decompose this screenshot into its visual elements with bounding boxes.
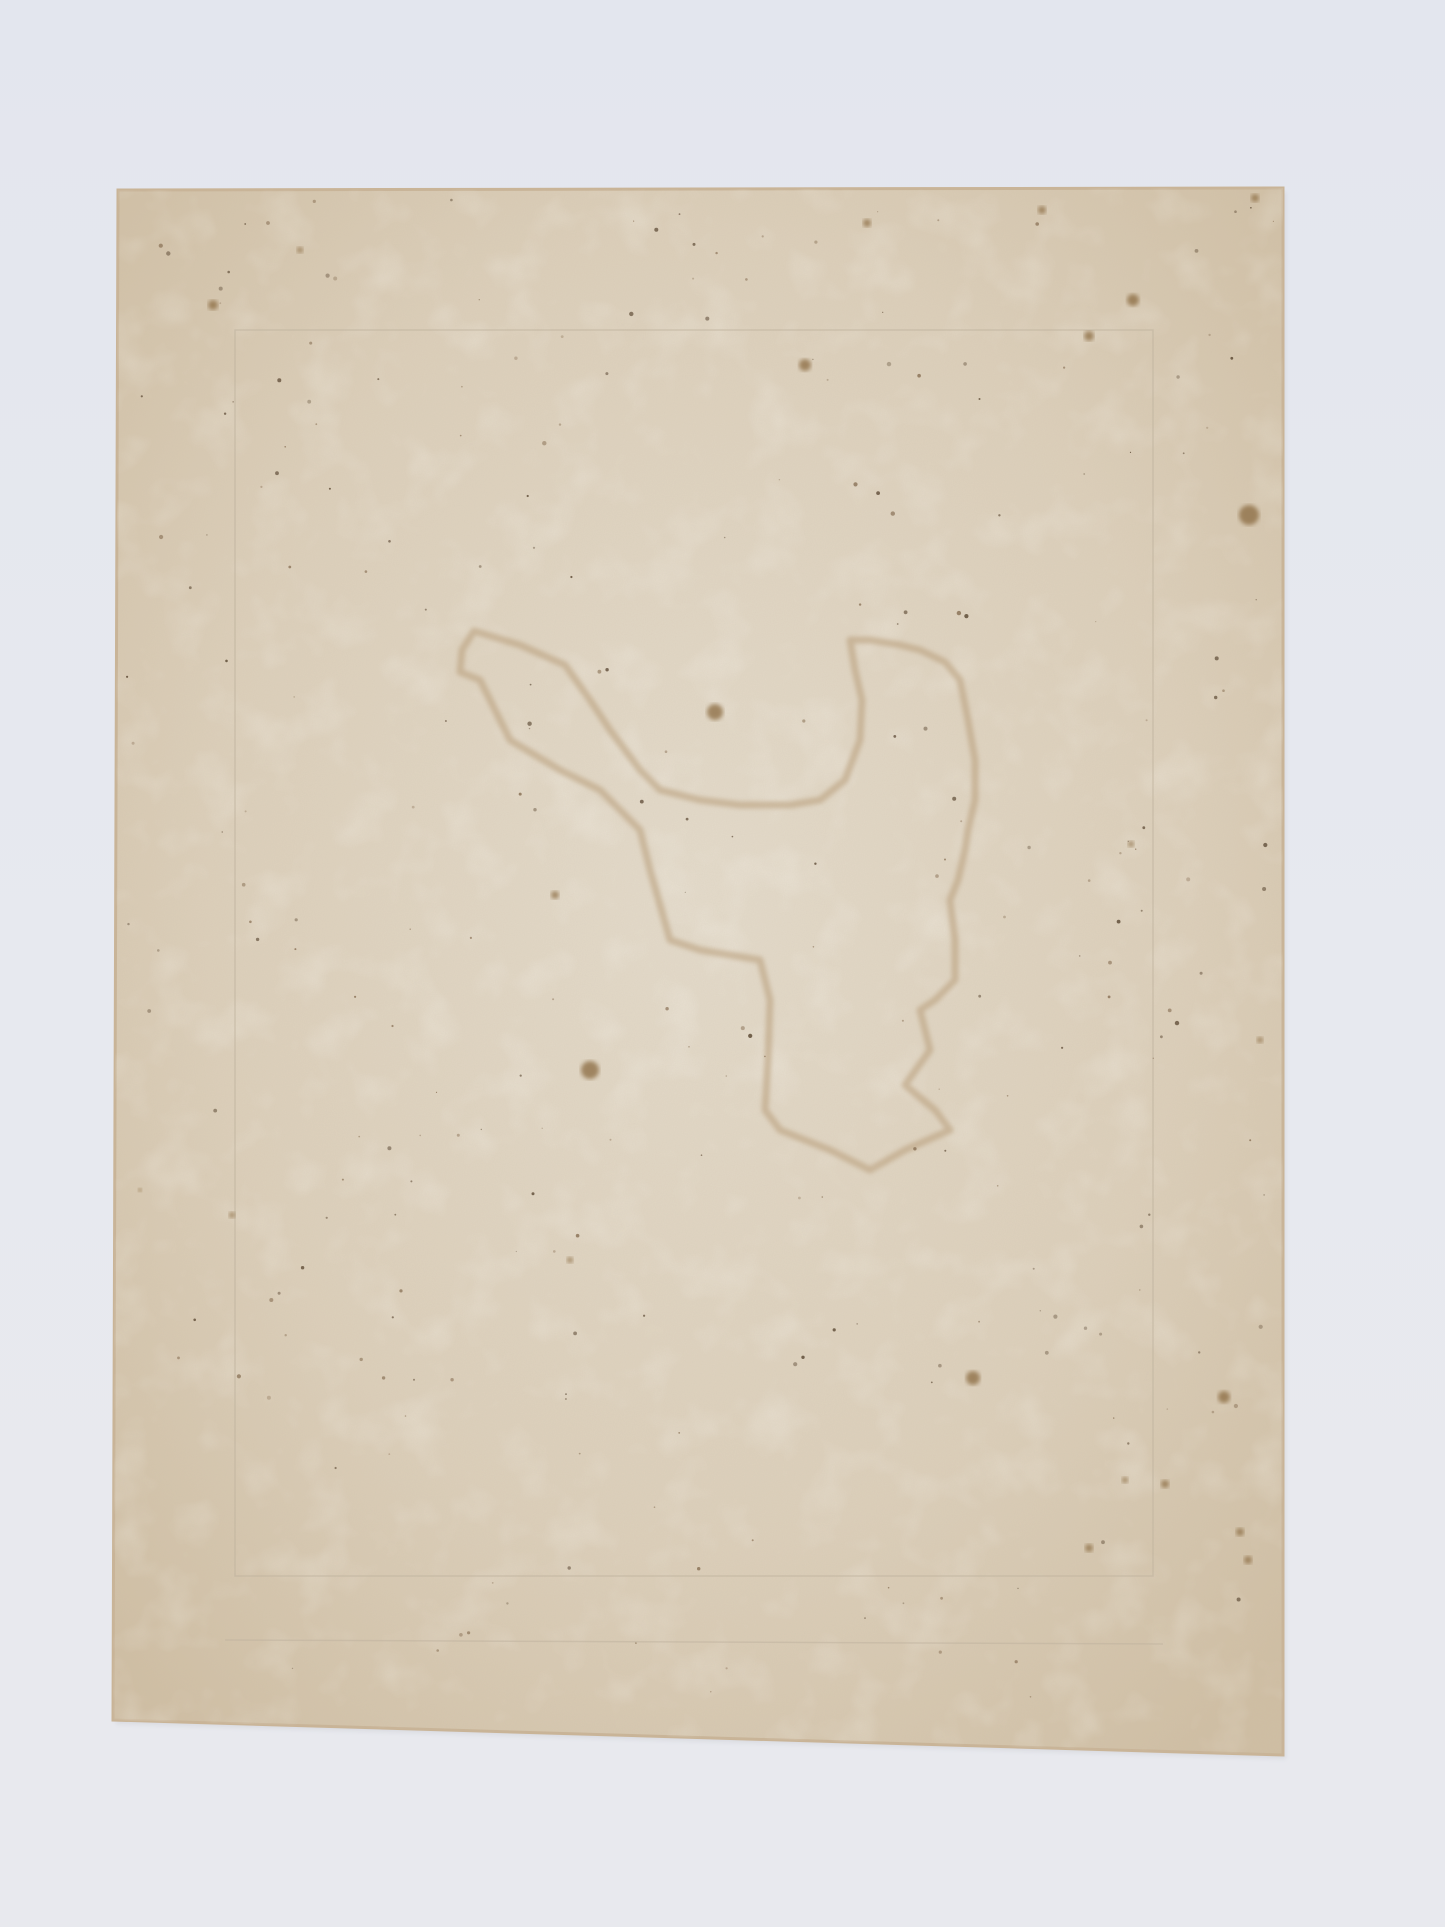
speck <box>329 488 331 490</box>
speck <box>565 1398 567 1400</box>
speck <box>998 514 1000 516</box>
speck <box>654 228 658 232</box>
speck <box>1084 1327 1087 1330</box>
speck <box>1127 1442 1129 1444</box>
speck <box>1003 916 1006 919</box>
speck <box>635 1642 637 1644</box>
foxing-spot <box>966 1371 980 1385</box>
speck <box>764 1056 766 1058</box>
speck <box>559 423 561 425</box>
speck <box>1230 357 1233 360</box>
speck <box>939 1089 940 1090</box>
speck <box>126 676 128 678</box>
speck <box>598 670 602 674</box>
speck <box>527 495 529 497</box>
speck <box>278 1292 281 1295</box>
speck <box>1053 1315 1057 1319</box>
speck <box>710 1691 711 1692</box>
speck <box>479 299 480 300</box>
speck <box>686 818 689 821</box>
foxing-spot <box>1257 1037 1263 1043</box>
speck <box>944 1150 946 1152</box>
speck <box>293 696 295 698</box>
paper-grain <box>113 188 1283 1755</box>
speck <box>387 1146 391 1150</box>
speck <box>568 1566 571 1569</box>
speck <box>269 1298 273 1302</box>
speck <box>1263 1194 1265 1196</box>
speck <box>1007 1095 1009 1097</box>
speck <box>978 1321 980 1323</box>
foxing-spot <box>1038 206 1046 214</box>
speck <box>1095 621 1096 622</box>
speck <box>931 1382 933 1384</box>
foxing-spot <box>1085 1544 1093 1552</box>
speck <box>242 883 246 887</box>
speck <box>492 1582 494 1584</box>
speck <box>256 938 259 941</box>
speck <box>1061 1047 1063 1049</box>
speck <box>1119 852 1121 854</box>
speck <box>450 1378 453 1381</box>
speck <box>1249 1139 1251 1141</box>
speck <box>354 996 356 998</box>
speck <box>633 221 634 222</box>
foxing-spot <box>1251 194 1259 202</box>
speck <box>1222 689 1225 692</box>
speck <box>724 537 726 539</box>
speck <box>157 949 160 952</box>
speck <box>1040 1310 1041 1311</box>
speck <box>561 335 564 338</box>
speck <box>812 359 813 360</box>
paper-sheet <box>113 188 1286 1759</box>
speck <box>827 379 829 381</box>
speck <box>267 1396 271 1400</box>
speck <box>225 660 228 663</box>
speck <box>445 720 447 722</box>
speck <box>1030 1696 1032 1698</box>
speck <box>1099 1333 1102 1336</box>
speck <box>127 923 129 925</box>
speck <box>1113 1417 1114 1418</box>
speck <box>853 482 857 486</box>
foxing-spot <box>1218 1391 1230 1403</box>
foxing-spot <box>1127 294 1139 306</box>
speck <box>388 540 391 543</box>
speck <box>701 1154 703 1156</box>
speck <box>726 1667 728 1669</box>
speck <box>284 446 286 448</box>
speck <box>1160 1035 1163 1038</box>
speck <box>219 302 221 304</box>
speck <box>1128 841 1129 842</box>
speck <box>822 1196 824 1198</box>
speck <box>542 441 546 445</box>
speck <box>159 535 163 539</box>
speck <box>876 491 880 495</box>
speck <box>952 797 956 801</box>
speck <box>358 1136 360 1138</box>
speck <box>1135 849 1136 850</box>
speck <box>1215 656 1219 660</box>
speck <box>419 1135 421 1137</box>
speck <box>1088 879 1091 882</box>
speck <box>685 892 686 893</box>
speck <box>481 1129 482 1130</box>
speck <box>1183 452 1185 454</box>
speck <box>450 199 453 202</box>
speck <box>801 1356 804 1359</box>
speck <box>412 806 415 809</box>
speck <box>1153 1058 1154 1059</box>
speck <box>392 1316 394 1318</box>
speck <box>678 1432 680 1434</box>
speck <box>882 312 883 313</box>
speck <box>266 221 270 225</box>
speck <box>924 727 928 731</box>
speck <box>748 1034 752 1038</box>
speck <box>529 728 530 729</box>
speck <box>315 423 317 425</box>
foxing-spot <box>581 1061 599 1079</box>
speck <box>413 1379 415 1381</box>
speck <box>307 400 311 404</box>
speck <box>342 1179 344 1181</box>
speck <box>301 1266 304 1269</box>
speck <box>227 271 230 274</box>
speck <box>260 486 262 488</box>
speck <box>1140 1225 1144 1229</box>
speck <box>605 372 608 375</box>
speck <box>1139 1289 1140 1290</box>
speck <box>798 1197 801 1200</box>
speck <box>527 722 531 726</box>
speck <box>1175 1021 1179 1025</box>
speck <box>1250 207 1252 209</box>
speck <box>1195 249 1199 253</box>
speck <box>893 735 896 738</box>
speck <box>399 1289 402 1292</box>
speck <box>219 287 223 291</box>
speck <box>793 1362 797 1366</box>
speck <box>436 1092 437 1093</box>
speck <box>533 808 536 811</box>
speck <box>553 1250 556 1253</box>
speck <box>887 362 891 366</box>
speck <box>913 1147 916 1150</box>
speck <box>1167 1408 1168 1409</box>
speck <box>1017 1588 1018 1589</box>
speck <box>377 378 379 380</box>
speck <box>963 362 967 366</box>
speck <box>902 1020 904 1022</box>
speck <box>1063 367 1065 369</box>
speck <box>1146 719 1148 721</box>
speck <box>436 1649 439 1652</box>
speck <box>1234 1404 1238 1408</box>
speck <box>688 1046 690 1048</box>
speck <box>741 1026 745 1030</box>
speck <box>410 1180 412 1182</box>
speck <box>1130 452 1131 453</box>
speck <box>1176 375 1179 378</box>
foxing-spot <box>1239 505 1259 525</box>
speck <box>177 1357 180 1360</box>
speck <box>859 603 861 605</box>
speck <box>665 750 668 753</box>
speck <box>732 836 734 838</box>
speck <box>1212 1411 1215 1414</box>
speck <box>1168 1009 1172 1013</box>
speck <box>1198 1351 1200 1353</box>
speck <box>1262 887 1266 891</box>
speck <box>957 611 961 615</box>
speck <box>249 921 252 924</box>
speck <box>189 586 192 589</box>
speck <box>213 1109 217 1113</box>
speck <box>904 610 908 614</box>
speck <box>1259 1325 1263 1329</box>
speck <box>693 243 696 246</box>
speck <box>309 342 312 345</box>
speck <box>1027 846 1030 849</box>
speck <box>405 1415 407 1417</box>
speck <box>394 1214 396 1216</box>
speck <box>552 998 554 1000</box>
speck <box>1033 1268 1035 1270</box>
speck <box>233 401 234 402</box>
foxing-spot <box>1244 1556 1252 1564</box>
foxing-spot <box>208 300 218 310</box>
speck <box>1045 1351 1049 1355</box>
speck <box>193 1319 196 1322</box>
speck <box>565 1393 567 1395</box>
speck <box>640 800 644 804</box>
speck <box>479 565 482 568</box>
speck <box>897 623 899 625</box>
speck <box>514 357 517 360</box>
speck <box>1256 599 1257 600</box>
speck <box>147 1009 151 1013</box>
speck <box>997 1185 999 1187</box>
speck <box>978 995 981 998</box>
speck <box>1101 1540 1105 1544</box>
speck <box>1237 1598 1241 1602</box>
speck <box>132 742 135 745</box>
speck <box>960 820 962 822</box>
speck <box>388 1453 390 1455</box>
speck <box>326 1217 328 1219</box>
speck <box>1015 1660 1018 1663</box>
speck <box>726 1075 728 1077</box>
foxing-spot <box>863 219 871 227</box>
speck <box>275 471 279 475</box>
speck <box>1141 910 1143 912</box>
speck <box>166 251 170 255</box>
speck <box>461 386 463 388</box>
foxing-spot <box>1084 331 1094 341</box>
speck <box>814 863 816 865</box>
foxing-spot <box>229 1212 235 1218</box>
speck <box>814 241 817 244</box>
speck <box>939 1651 942 1654</box>
speck <box>1206 427 1208 429</box>
foxing-spot <box>799 359 811 371</box>
speck <box>542 1128 543 1129</box>
speck <box>944 859 946 861</box>
speck <box>533 547 535 549</box>
speck <box>365 570 368 573</box>
speck <box>520 1075 522 1077</box>
speck <box>629 312 633 316</box>
speck <box>779 479 780 480</box>
speck <box>391 1025 393 1027</box>
speck <box>964 614 968 618</box>
speck <box>938 1364 942 1368</box>
speck <box>1273 221 1274 222</box>
paper-sheet-illustration <box>0 0 1445 1927</box>
speck <box>335 1467 337 1469</box>
speck <box>1108 961 1112 965</box>
foxing-spot <box>1122 1477 1128 1483</box>
speck <box>1234 210 1237 213</box>
foxing-spot <box>567 1257 573 1263</box>
speck <box>833 1328 836 1331</box>
foxing-spot <box>297 247 303 253</box>
speck <box>935 874 939 878</box>
speck <box>460 435 462 437</box>
speck <box>288 566 291 569</box>
speck <box>692 278 694 280</box>
speck <box>745 278 748 281</box>
speck <box>237 1374 241 1378</box>
speck <box>1214 696 1217 699</box>
speck <box>141 395 143 397</box>
speck <box>294 948 296 950</box>
speck <box>979 398 981 400</box>
speck <box>762 235 764 237</box>
speck <box>679 213 681 215</box>
speck <box>506 1602 508 1604</box>
speck <box>573 1332 577 1336</box>
speck <box>813 946 815 948</box>
foxing-spot <box>138 1188 142 1192</box>
speck <box>222 831 223 832</box>
speck <box>1117 920 1121 924</box>
speck <box>579 1453 581 1455</box>
speck <box>715 252 717 254</box>
speck <box>1142 826 1145 829</box>
speck <box>576 1234 580 1238</box>
speck <box>605 668 608 671</box>
speck <box>519 793 522 796</box>
speck <box>457 1134 460 1137</box>
speck <box>752 1539 754 1541</box>
speck <box>470 937 472 939</box>
speck <box>224 413 226 415</box>
photo-scene: Verso of an antique paper sheet with fox… <box>0 0 1445 1927</box>
speck <box>856 1323 858 1325</box>
speck <box>530 684 532 686</box>
foxing-spot <box>1128 841 1134 847</box>
speck <box>697 1567 700 1570</box>
foxing-spot <box>1161 1480 1169 1488</box>
speck <box>1208 334 1210 336</box>
speck <box>467 1631 470 1634</box>
speck <box>1148 1214 1150 1216</box>
speck <box>903 1602 905 1604</box>
speck <box>532 1192 535 1195</box>
speck <box>937 219 939 221</box>
speck <box>940 1597 943 1600</box>
speck <box>516 1251 517 1252</box>
speck <box>1035 222 1039 226</box>
speck <box>1200 972 1203 975</box>
speck <box>333 277 337 281</box>
speck <box>206 534 208 536</box>
speck <box>159 244 163 248</box>
foxing-spot <box>551 891 559 899</box>
speck <box>888 1587 890 1589</box>
speck <box>877 211 878 212</box>
speck <box>643 1315 645 1317</box>
speck <box>244 223 246 225</box>
foxing-spot <box>707 704 723 720</box>
speck <box>459 1633 463 1637</box>
speck <box>295 918 298 921</box>
speck <box>277 378 281 382</box>
speck <box>313 200 316 203</box>
speck <box>292 1668 293 1669</box>
speck <box>245 810 247 812</box>
speck <box>665 1007 668 1010</box>
speck <box>570 576 572 578</box>
speck <box>382 1376 385 1379</box>
speck <box>891 511 895 515</box>
speck <box>1083 473 1085 475</box>
speck <box>654 1506 656 1508</box>
speck <box>864 1617 865 1618</box>
speck <box>1263 843 1267 847</box>
speck <box>425 609 427 611</box>
speck <box>410 929 411 930</box>
speck <box>1079 955 1081 957</box>
speck <box>326 274 330 278</box>
speck <box>610 1139 612 1141</box>
speck <box>1186 877 1190 881</box>
speck <box>285 1334 287 1336</box>
speck <box>802 719 805 722</box>
speck <box>917 374 921 378</box>
speck <box>360 1358 363 1361</box>
foxing-spot <box>1236 1528 1244 1536</box>
speck <box>705 317 709 321</box>
speck <box>1108 996 1111 999</box>
